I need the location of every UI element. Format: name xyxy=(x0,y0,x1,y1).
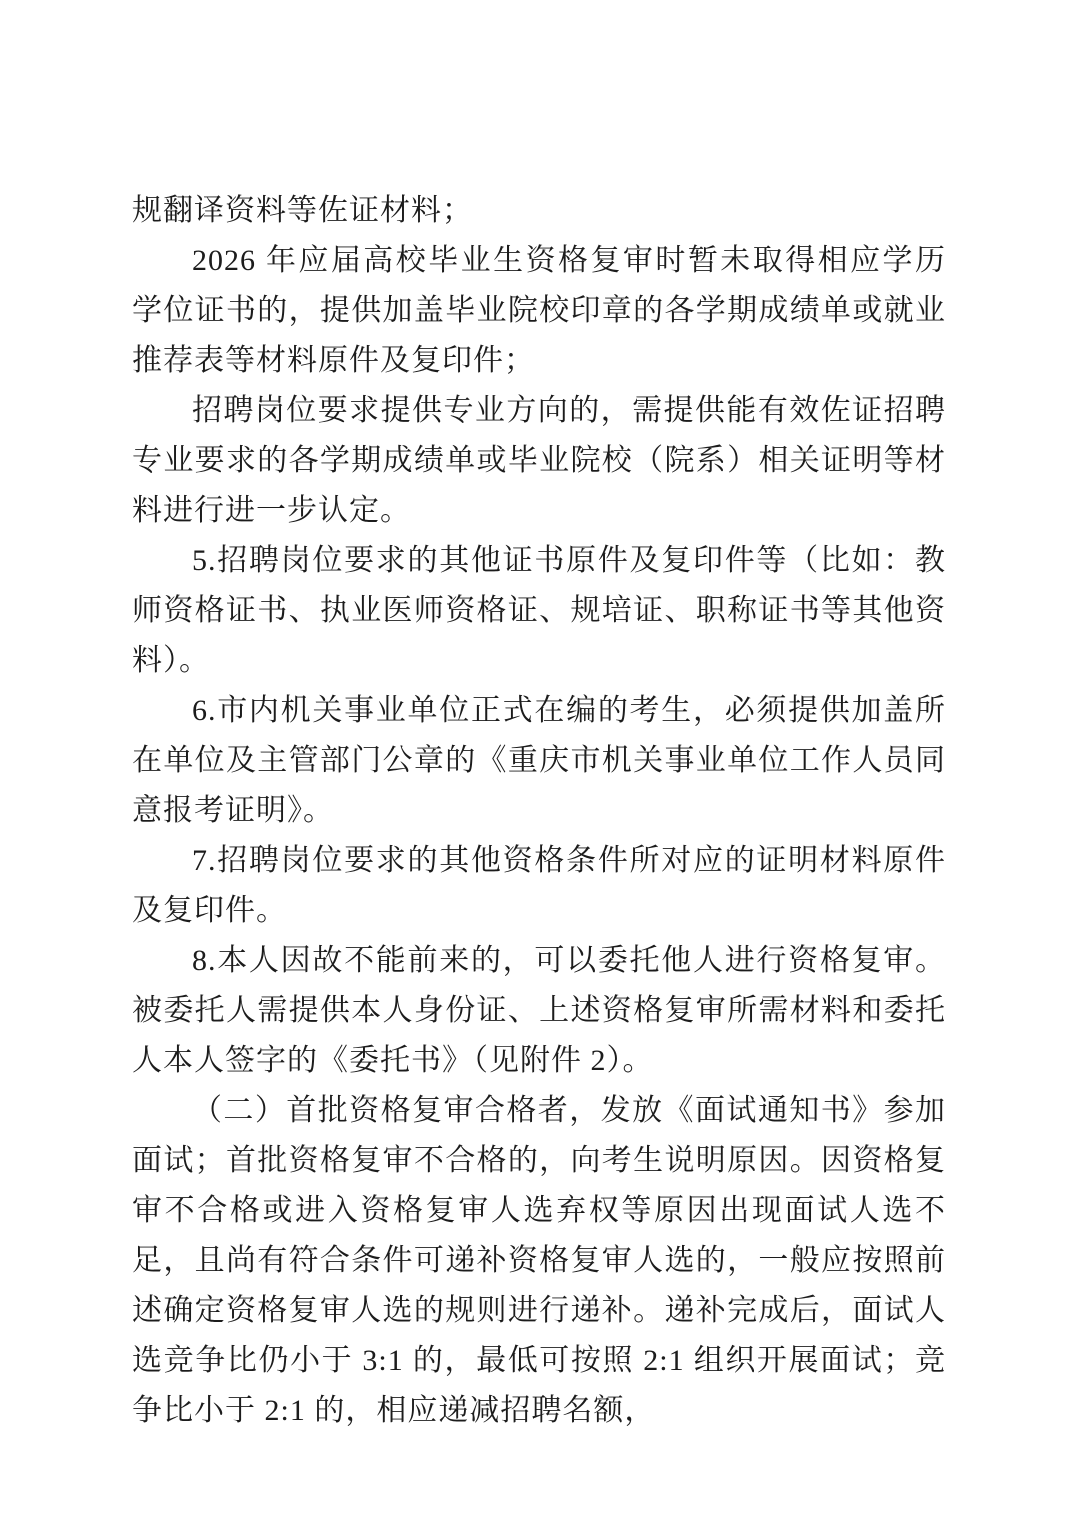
paragraph-item-5: 5.招聘岗位要求的其他证书原件及复印件等（比如：教师资格证书、执业医师资格证、规… xyxy=(132,536,946,686)
paragraph-2026-graduates: 2026 年应届高校毕业生资格复审时暂未取得相应学历学位证书的，提供加盖毕业院校… xyxy=(132,236,946,386)
paragraph-section-2: （二）首批资格复审合格者，发放《面试通知书》参加面试；首批资格复审不合格的，向考… xyxy=(132,1086,946,1436)
document-page: 规翻译资料等佐证材料； 2026 年应届高校毕业生资格复审时暂未取得相应学历学位… xyxy=(0,0,1074,1520)
paragraph-item-8: 8.本人因故不能前来的，可以委托他人进行资格复审。被委托人需提供本人身份证、上述… xyxy=(132,936,946,1086)
paragraph-continuation: 规翻译资料等佐证材料； xyxy=(132,186,946,236)
document-body: 规翻译资料等佐证材料； 2026 年应届高校毕业生资格复审时暂未取得相应学历学位… xyxy=(132,186,946,1436)
paragraph-item-7: 7.招聘岗位要求的其他资格条件所对应的证明材料原件及复印件。 xyxy=(132,836,946,936)
paragraph-major-direction: 招聘岗位要求提供专业方向的，需提供能有效佐证招聘专业要求的各学期成绩单或毕业院校… xyxy=(132,386,946,536)
paragraph-item-6: 6.市内机关事业单位正式在编的考生，必须提供加盖所在单位及主管部门公章的《重庆市… xyxy=(132,686,946,836)
